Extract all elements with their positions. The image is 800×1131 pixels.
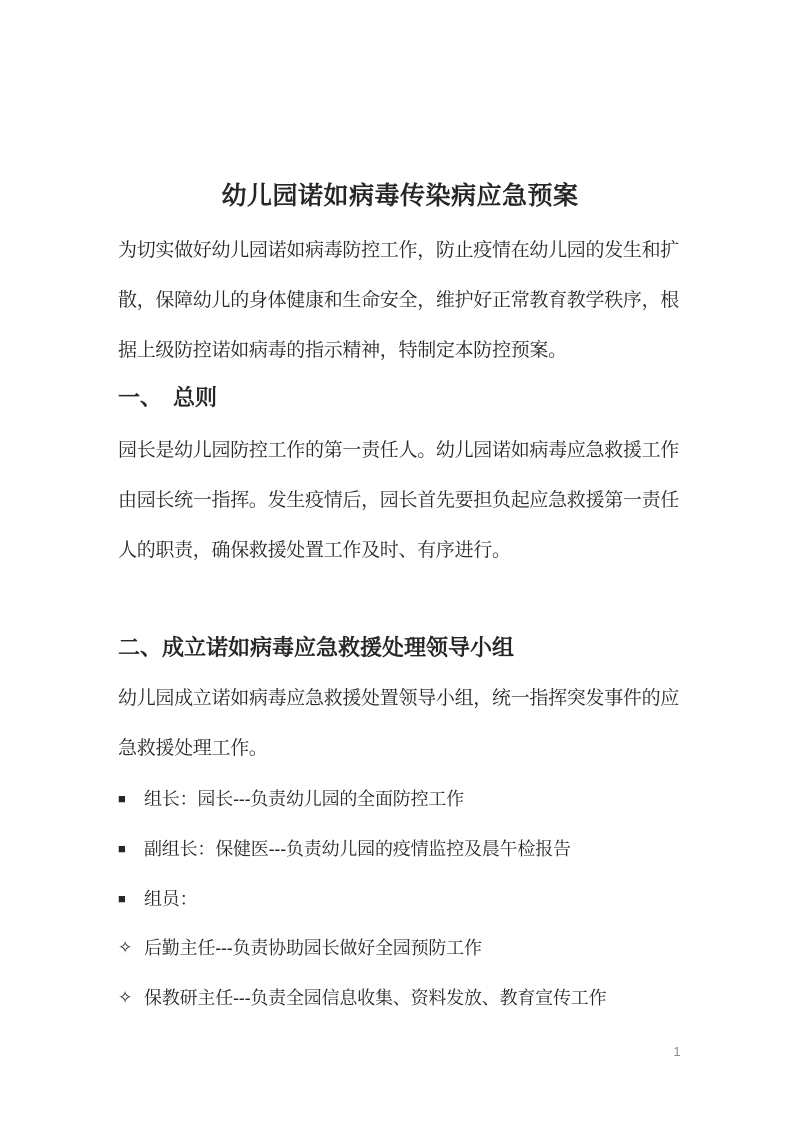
section-1-line-3: 人的职责，确保救援处置工作及时、有序进行。 <box>118 526 688 576</box>
section-2-heading: 二、成立诺如病毒应急救援处理领导小组 <box>118 623 688 673</box>
list-item: ■ 组员： <box>118 874 688 924</box>
square-bullet-icon: ■ <box>118 874 144 924</box>
list-item-label: 保教研主任---负责全园信息收集、资料发放、教育宣传工作 <box>144 973 606 1023</box>
list-item-label: 后勤主任---负责协助园长做好全园预防工作 <box>144 923 482 973</box>
section-1-line-1: 园长是幼儿园防控工作的第一责任人。幼儿园诺如病毒应急救援工作 <box>118 426 688 476</box>
list-item-label: 组员： <box>144 874 197 924</box>
section-2-line-2: 急救援处理工作。 <box>118 724 688 774</box>
diamond-bullet-icon: ✧ <box>118 923 144 973</box>
list-item-label: 副组长：保健医---负责幼儿园的疫情监控及晨午检报告 <box>144 824 571 874</box>
section-1-line-2: 由园长统一指挥。发生疫情后，园长首先要担负起应急救援第一责任 <box>118 476 688 526</box>
list-item: ✧ 保教研主任---负责全园信息收集、资料发放、教育宣传工作 <box>118 973 688 1023</box>
document-page: 幼儿园诺如病毒传染病应急预案 为切实做好幼儿园诺如病毒防控工作，防止疫情在幼儿园… <box>0 0 800 1131</box>
list-item: ■ 副组长：保健医---负责幼儿园的疫情监控及晨午检报告 <box>118 824 688 874</box>
square-bullet-icon: ■ <box>118 774 144 824</box>
list-item-label: 组长：园长---负责幼儿园的全面防控工作 <box>144 774 464 824</box>
page-number: 1 <box>665 1040 689 1064</box>
list-item: ■ 组长：园长---负责幼儿园的全面防控工作 <box>118 774 688 824</box>
square-bullet-icon: ■ <box>118 824 144 874</box>
section-2-line-1: 幼儿园成立诺如病毒应急救援处置领导小组，统一指挥突发事件的应 <box>118 674 688 724</box>
intro-line-1: 为切实做好幼儿园诺如病毒防控工作，防止疫情在幼儿园的发生和扩 <box>118 226 688 276</box>
list-item: ✧ 后勤主任---负责协助园长做好全园预防工作 <box>118 923 688 973</box>
intro-line-3: 据上级防控诺如病毒的指示精神，特制定本防控预案。 <box>118 326 688 376</box>
document-title: 幼儿园诺如病毒传染病应急预案 <box>0 171 800 221</box>
section-1-heading: 一、 总则 <box>118 373 688 423</box>
diamond-bullet-icon: ✧ <box>118 973 144 1023</box>
intro-line-2: 散，保障幼儿的身体健康和生命安全，维护好正常教育教学秩序，根 <box>118 276 688 326</box>
